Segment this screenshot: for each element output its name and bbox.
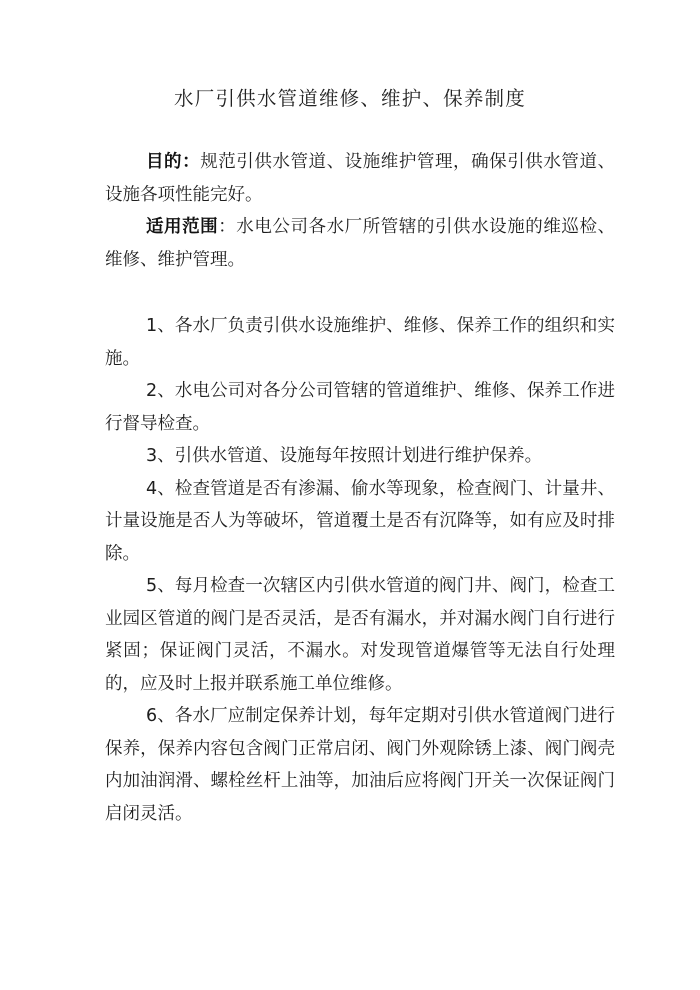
scope-paragraph: 适用范围：水电公司各水厂所管辖的引供水设施的维巡检、维修、维护管理。	[105, 211, 615, 276]
rules-list: 1、各水厂负责引供水设施维护、维修、保养工作的组织和实施。 2、水电公司对各分公…	[105, 310, 615, 830]
purpose-paragraph: 目的：规范引供水管道、设施维护管理，确保引供水管道、设施各项性能完好。	[105, 146, 615, 211]
rule-item-4: 4、检查管道是否有渗漏、偷水等现象，检查阀门、计量井、计量设施是否人为等破坏，管…	[105, 473, 615, 571]
rule-item-5: 5、每月检查一次辖区内引供水管道的阀门井、阀门，检查工业园区管道的阀门是否灵活，…	[105, 570, 615, 700]
document-page: 水厂引供水管道维修、维护、保养制度 目的：规范引供水管道、设施维护管理，确保引供…	[0, 0, 700, 990]
scope-label: 适用范围	[146, 217, 218, 237]
rule-item-3: 3、引供水管道、设施每年按照计划进行维护保养。	[105, 440, 615, 473]
document-title: 水厂引供水管道维修、维护、保养制度	[0, 84, 700, 114]
rule-item-2: 2、水电公司对各分公司管辖的管道维护、维修、保养工作进行督导检查。	[105, 375, 615, 440]
purpose-label: 目的：	[146, 152, 200, 172]
rule-item-1: 1、各水厂负责引供水设施维护、维修、保养工作的组织和实施。	[105, 310, 615, 375]
rule-item-6: 6、各水厂应制定保养计划，每年定期对引供水管道阀门进行保养，保养内容包含阀门正常…	[105, 700, 615, 830]
intro-section: 目的：规范引供水管道、设施维护管理，确保引供水管道、设施各项性能完好。 适用范围…	[105, 146, 615, 276]
